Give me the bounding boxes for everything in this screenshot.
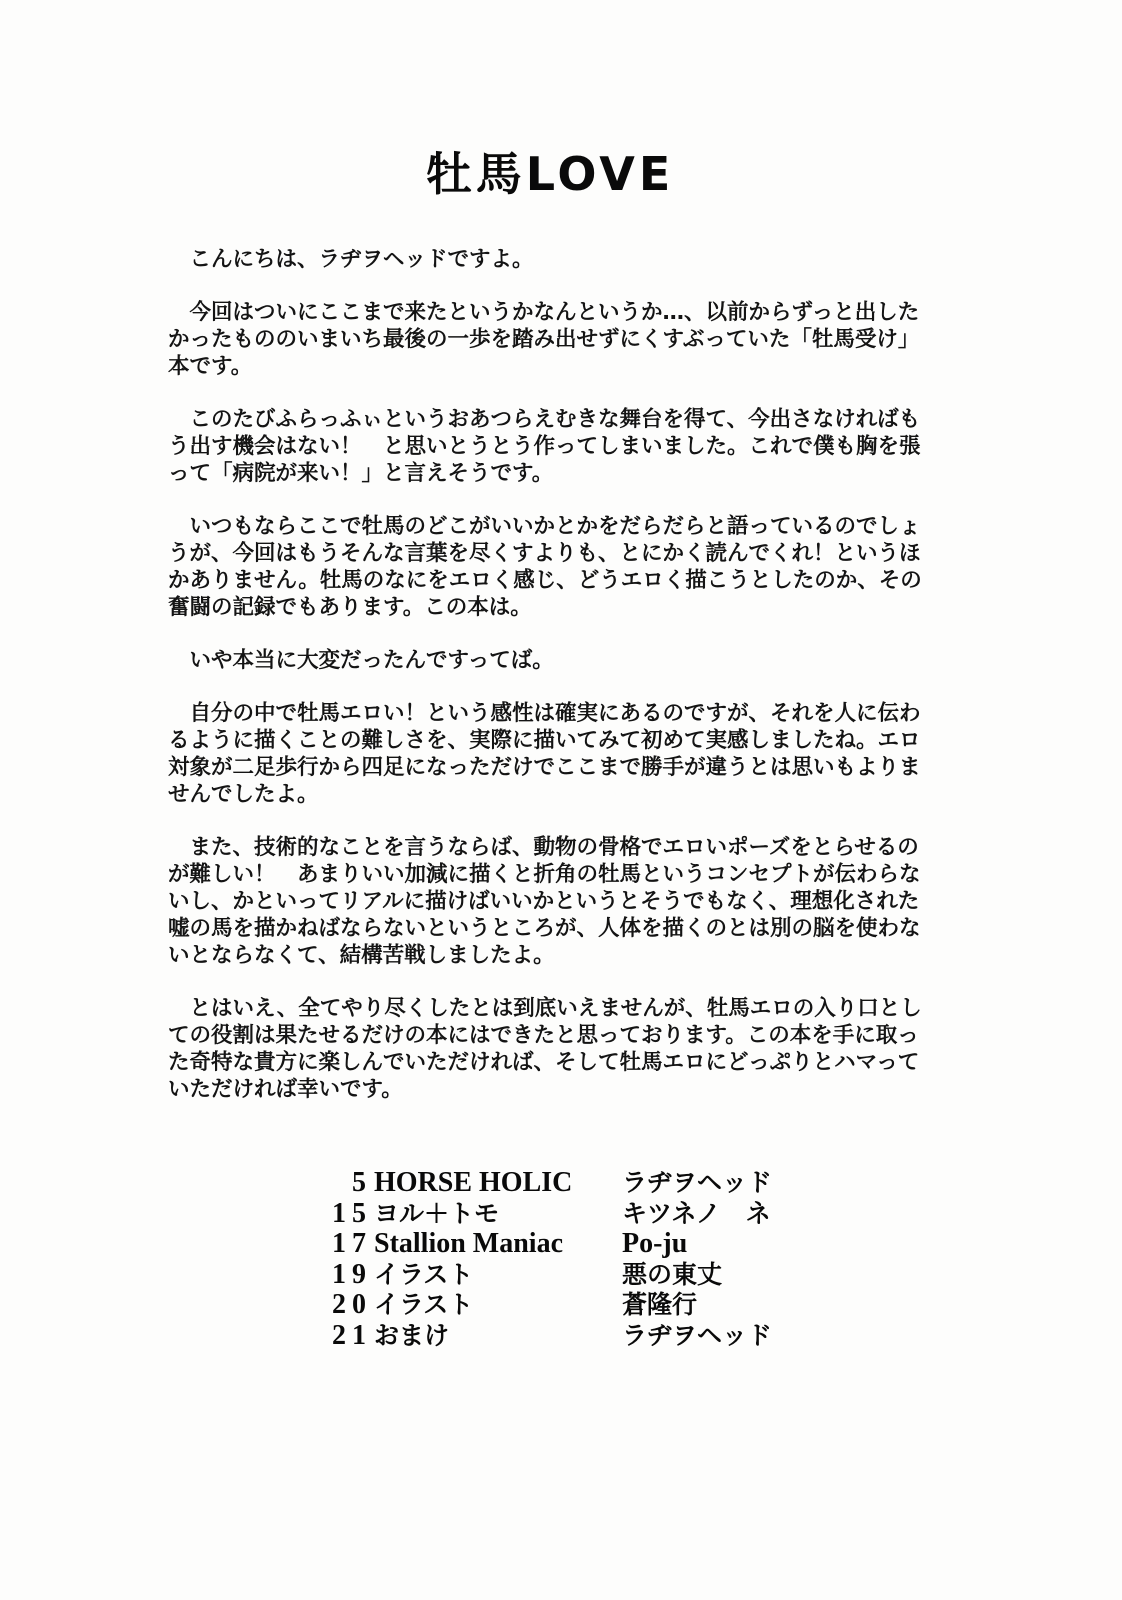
paragraph: いつもならここで牡馬のどこがいいかとかをだらだらと語っているのでしょうが、今回は… [168,513,928,621]
toc-page-number: 15 [296,1199,374,1230]
toc-row: 20 イラスト 蒼隆行 [296,1290,772,1321]
paragraph: また、技術的なことを言うならば、動物の骨格でエロいポーズをとらせるのが難しい！ … [168,834,928,969]
paragraph: いや本当に大変だったんですってば。 [168,647,928,674]
toc-author: キツネノ ネ [622,1199,771,1230]
paragraph: このたびふらっふぃというおあつらえむきな舞台を得て、今出さなければもう出す機会は… [168,406,928,487]
toc-author: ラヂヲヘッド [622,1321,772,1352]
toc-author: 蒼隆行 [622,1290,697,1321]
toc-title: イラスト [374,1260,622,1291]
toc-page-number: 17 [296,1229,374,1260]
toc-row: 19 イラスト 悪の東丈 [296,1260,772,1291]
paragraph: 今回はついにここまで来たというかなんというか…、以前からずっと出したかったものの… [168,299,928,380]
toc-title: ヨル＋トモ [374,1199,622,1230]
toc-title: Stallion Maniac [374,1229,622,1260]
paragraph: 自分の中で牡馬エロい！という感性は確実にあるのですが、それを人に伝わるように描く… [168,700,928,808]
toc-author: ラヂヲヘッド [622,1168,772,1199]
toc-row: 5 HORSE HOLIC ラヂヲヘッド [296,1168,772,1199]
toc-page-number: 20 [296,1290,374,1321]
toc-page-number: 5 [296,1168,374,1199]
toc-page-number: 19 [296,1260,374,1291]
paragraph-greeting: こんにちは、ラヂヲヘッドですよ。 [168,246,928,273]
toc-title: おまけ [374,1321,622,1352]
toc-author: 悪の東丈 [622,1260,722,1291]
toc-row: 21 おまけ ラヂヲヘッド [296,1321,772,1352]
afterword-text: こんにちは、ラヂヲヘッドですよ。 今回はついにここまで来たというかなんというか…… [168,246,928,1129]
toc-author: Po-ju [622,1229,687,1260]
paragraph: とはいえ、全てやり尽くしたとは到底いえませんが、牡馬エロの入り口としての役割は果… [168,995,928,1103]
toc-title: イラスト [374,1290,622,1321]
toc-title: HORSE HOLIC [374,1168,622,1199]
toc-row: 15 ヨル＋トモ キツネノ ネ [296,1199,772,1230]
table-of-contents: 5 HORSE HOLIC ラヂヲヘッド 15 ヨル＋トモ キツネノ ネ 17 … [296,1168,772,1351]
toc-page-number: 21 [296,1321,374,1352]
page-title: 牡馬LOVE [0,138,1100,204]
toc-row: 17 Stallion Maniac Po-ju [296,1229,772,1260]
